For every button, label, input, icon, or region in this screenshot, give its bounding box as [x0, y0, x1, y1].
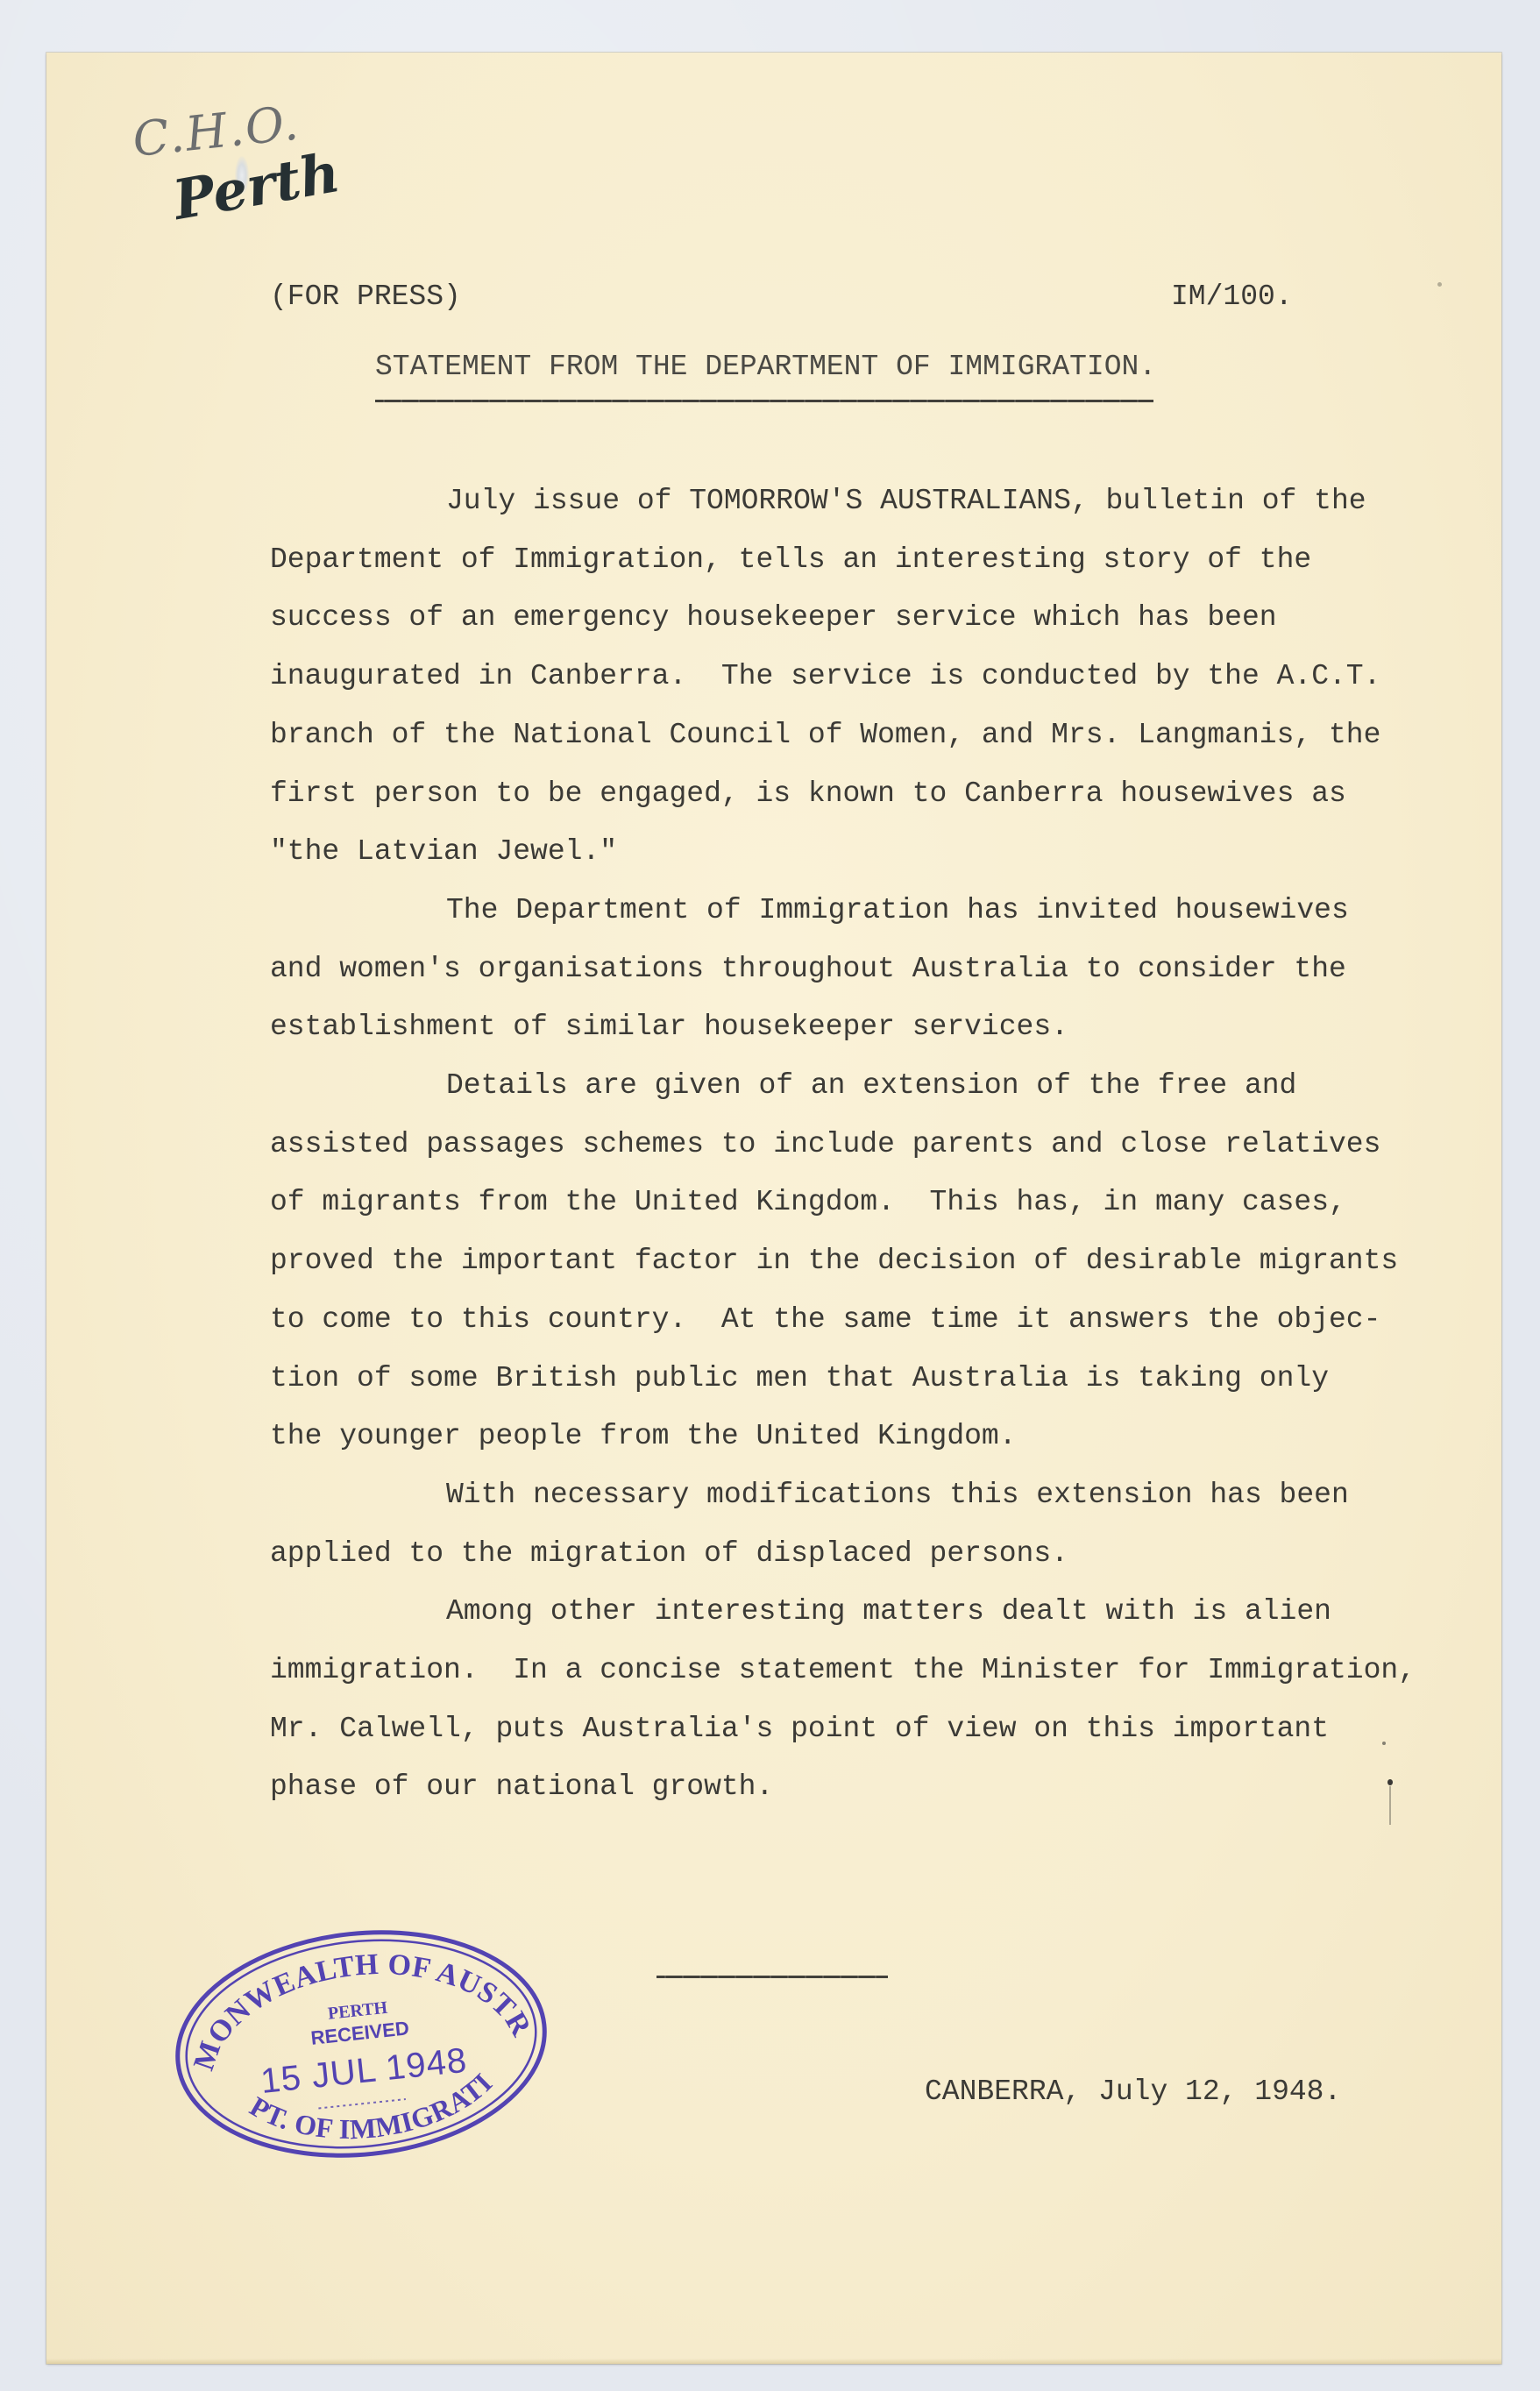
- body-line: branch of the National Council of Women,…: [270, 720, 1380, 749]
- body-line: first person to be engaged, is known to …: [270, 779, 1346, 808]
- dateline: CANBERRA, July 12, 1948.: [925, 2077, 1341, 2106]
- body-line: establishment of similar housekeeper ser…: [270, 1012, 1068, 1041]
- body-line: proved the important factor in the decis…: [270, 1246, 1398, 1275]
- body-line: success of an emergency housekeeper serv…: [270, 603, 1277, 632]
- stamp-status: RECEIVED: [309, 2017, 409, 2049]
- stamp-date: 15 JUL 1948: [259, 2041, 469, 2101]
- body-line: tion of some British public men that Aus…: [270, 1364, 1329, 1393]
- stray-mark: [1437, 282, 1442, 287]
- title-underline: [375, 400, 1153, 402]
- stray-mark: [1387, 1779, 1393, 1785]
- body-line: Among other interesting matters dealt wi…: [446, 1597, 1331, 1626]
- body-line: The Department of Immigration has invite…: [446, 896, 1349, 925]
- body-line: of migrants from the United Kingdom. Thi…: [270, 1188, 1346, 1217]
- body-line: inaugurated in Canberra. The service is …: [270, 662, 1380, 691]
- body-line: Mr. Calwell, puts Australia's point of v…: [270, 1714, 1329, 1743]
- body-line: July issue of TOMORROW'S AUSTRALIANS, bu…: [446, 486, 1366, 515]
- body-line: With necessary modifications this extens…: [446, 1480, 1349, 1509]
- body-line: Department of Immigration, tells an inte…: [270, 545, 1311, 574]
- body-line: immigration. In a concise statement the …: [270, 1656, 1416, 1685]
- body-line: phase of our national growth.: [270, 1772, 773, 1801]
- closing-rule: [656, 1976, 888, 1978]
- body-line: to come to this country. At the same tim…: [270, 1305, 1380, 1334]
- body-line: applied to the migration of displaced pe…: [270, 1539, 1068, 1568]
- stray-mark: [1382, 1742, 1386, 1745]
- stray-mark: [1389, 1786, 1391, 1825]
- for-press-label: (FOR PRESS): [270, 282, 461, 311]
- received-stamp: COMMONWEALTH OF AUSTRALIA PERTH RECEIVED…: [160, 1909, 561, 2179]
- body-line: assisted passages schemes to include par…: [270, 1130, 1380, 1159]
- reference-number: IM/100.: [1171, 282, 1293, 311]
- body-line: the younger people from the United Kingd…: [270, 1422, 1017, 1451]
- body-line: Details are given of an extension of the…: [446, 1071, 1296, 1100]
- body-line: "the Latvian Jewel.": [270, 837, 617, 866]
- body-line: and women's organisations throughout Aus…: [270, 954, 1346, 983]
- document-title: STATEMENT FROM THE DEPARTMENT OF IMMIGRA…: [375, 352, 1156, 381]
